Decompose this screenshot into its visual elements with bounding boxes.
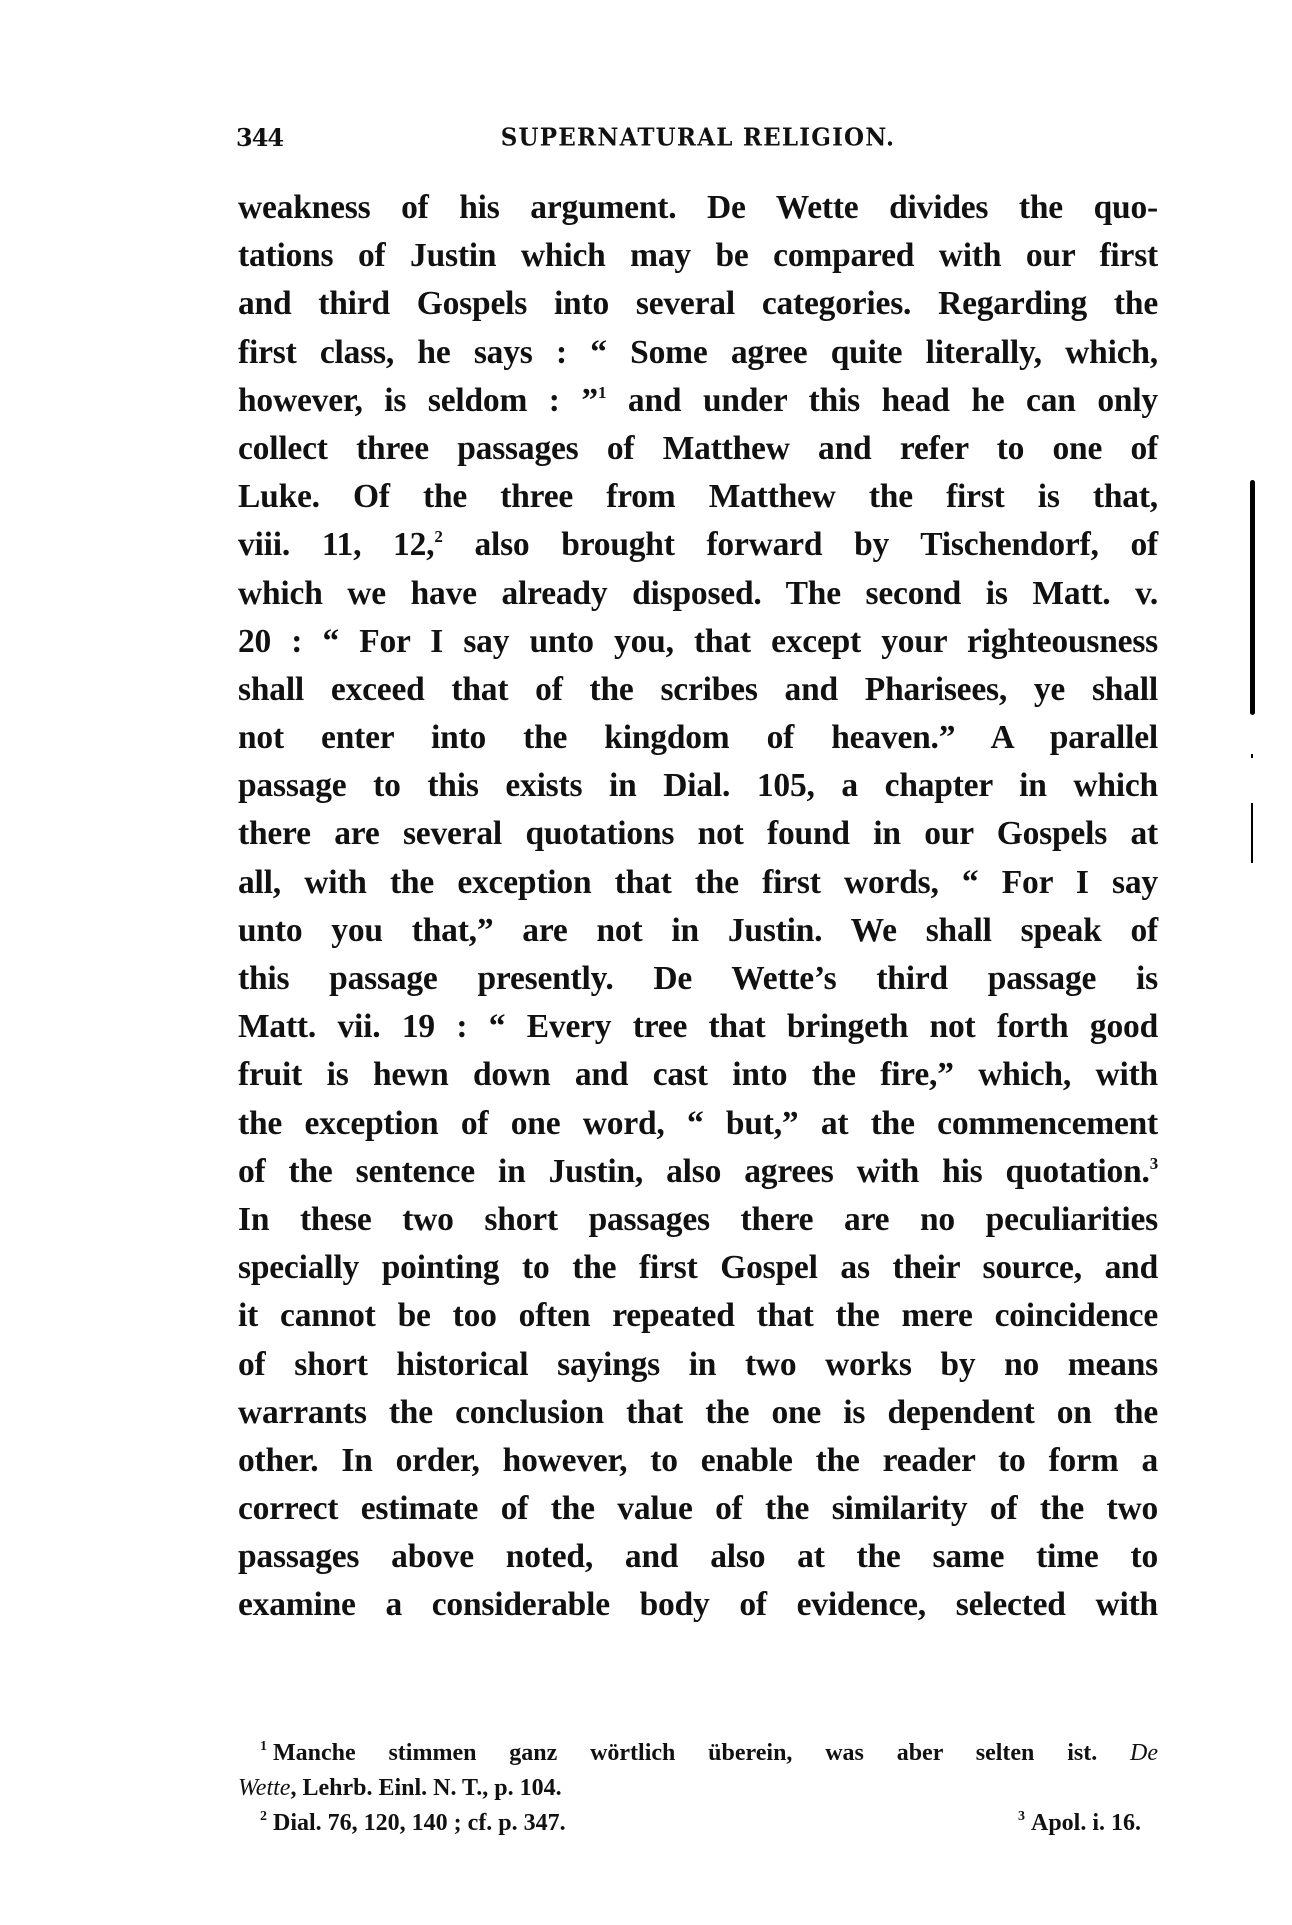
footnotes: 1Manche stimmen ganz wörtlich überein, w… bbox=[238, 1736, 1158, 1841]
text-line: first class, he says : “ Some agree quit… bbox=[238, 329, 1158, 377]
text-line: examine a considerable body of evidence,… bbox=[238, 1581, 1158, 1629]
text-line: correct estimate of the value of the sim… bbox=[238, 1485, 1158, 1533]
footnote-ref-3[interactable]: 3 bbox=[1150, 1154, 1158, 1173]
text-line: however, is seldom : ”1 and under this h… bbox=[238, 377, 1158, 425]
text-line: tations of Justin which may be compared … bbox=[238, 232, 1158, 280]
footnote-2-3-row: 2Dial. 76, 120, 140 ; cf. p. 347. 3Apol.… bbox=[238, 1806, 1158, 1841]
footnote-text: Apol. i. 16. bbox=[1031, 1810, 1141, 1836]
scan-artifact-dot bbox=[1251, 754, 1253, 758]
running-head: 344 SUPERNATURAL RELIGION. bbox=[236, 124, 1160, 152]
text-line: Luke. Of the three from Matthew the firs… bbox=[238, 473, 1158, 521]
text-segment: also brought forward by Tischendorf, of bbox=[474, 526, 1158, 563]
text-line: of the sentence in Justin, also agrees w… bbox=[238, 1148, 1158, 1196]
text-line: warrants the conclusion that the one is … bbox=[238, 1389, 1158, 1437]
text-line: weakness of his argument. De Wette divid… bbox=[238, 184, 1158, 232]
text-line: fruit is hewn down and cast into the fir… bbox=[238, 1051, 1158, 1099]
text-line: In these two short passages there are no… bbox=[238, 1196, 1158, 1244]
page-number: 344 bbox=[236, 124, 283, 152]
book-page: 344 SUPERNATURAL RELIGION. weakness of h… bbox=[0, 0, 1292, 1925]
body-text: weakness of his argument. De Wette divid… bbox=[238, 184, 1158, 1630]
text-line: Matt. vii. 19 : “ Every tree that bringe… bbox=[238, 1003, 1158, 1051]
footnote-marker: 1 bbox=[260, 1739, 267, 1754]
scan-artifact-line bbox=[1250, 480, 1255, 715]
text-line: not enter into the kingdom of heaven.” A… bbox=[238, 714, 1158, 762]
text-line: passage to this exists in Dial. 105, a c… bbox=[238, 762, 1158, 810]
text-segment: however, is seldom : ” bbox=[238, 382, 598, 419]
text-line: specially pointing to the first Gospel a… bbox=[238, 1244, 1158, 1292]
footnote-marker: 2 bbox=[260, 1809, 267, 1824]
text-line: shall exceed that of the scribes and Pha… bbox=[238, 666, 1158, 714]
text-segment: and under this head he can only bbox=[628, 382, 1158, 419]
scan-artifact-thin-line bbox=[1251, 803, 1253, 863]
footnote-text: Dial. 76, 120, 140 ; cf. p. 347. bbox=[273, 1810, 566, 1836]
footnote-ref-1[interactable]: 1 bbox=[598, 383, 606, 402]
footnote-ref-2[interactable]: 2 bbox=[434, 527, 442, 546]
footnote-author: De bbox=[1130, 1740, 1158, 1766]
text-line: all, with the exception that the first w… bbox=[238, 859, 1158, 907]
text-line: there are several quotations not found i… bbox=[238, 810, 1158, 858]
text-line: collect three passages of Matthew and re… bbox=[238, 425, 1158, 473]
text-segment: of the sentence in Justin, also agrees w… bbox=[238, 1153, 1150, 1190]
footnote-1-continued: Wette, Lehrb. Einl. N. T., p. 104. bbox=[238, 1771, 1158, 1806]
text-line: unto you that,” are not in Justin. We sh… bbox=[238, 907, 1158, 955]
text-segment: viii. 11, 12, bbox=[238, 526, 434, 563]
footnote-2: 2Dial. 76, 120, 140 ; cf. p. 347. bbox=[238, 1810, 566, 1836]
footnote-source: , Lehrb. Einl. N. T., p. 104. bbox=[290, 1775, 561, 1801]
running-title: SUPERNATURAL RELIGION. bbox=[478, 123, 918, 152]
footnote-text: Manche stimmen ganz wörtlich überein, wa… bbox=[273, 1740, 1097, 1766]
text-line: this passage presently. De Wette’s third… bbox=[238, 955, 1158, 1003]
text-line: viii. 11, 12,2 also brought forward by T… bbox=[238, 521, 1158, 569]
text-line: which we have already disposed. The seco… bbox=[238, 570, 1158, 618]
text-line: and third Gospels into several categorie… bbox=[238, 280, 1158, 328]
text-line: of short historical sayings in two works… bbox=[238, 1341, 1158, 1389]
text-line: passages above noted, and also at the sa… bbox=[238, 1533, 1158, 1581]
text-line: 20 : “ For I say unto you, that except y… bbox=[238, 618, 1158, 666]
text-line: the exception of one word, “ but,” at th… bbox=[238, 1100, 1158, 1148]
footnote-1: 1Manche stimmen ganz wörtlich überein, w… bbox=[238, 1736, 1158, 1771]
footnote-author: Wette bbox=[238, 1775, 290, 1801]
footnote-3: 3Apol. i. 16. bbox=[1018, 1806, 1141, 1841]
text-line: it cannot be too often repeated that the… bbox=[238, 1292, 1158, 1340]
footnote-marker: 3 bbox=[1018, 1809, 1025, 1824]
text-line: other. In order, however, to enable the … bbox=[238, 1437, 1158, 1485]
